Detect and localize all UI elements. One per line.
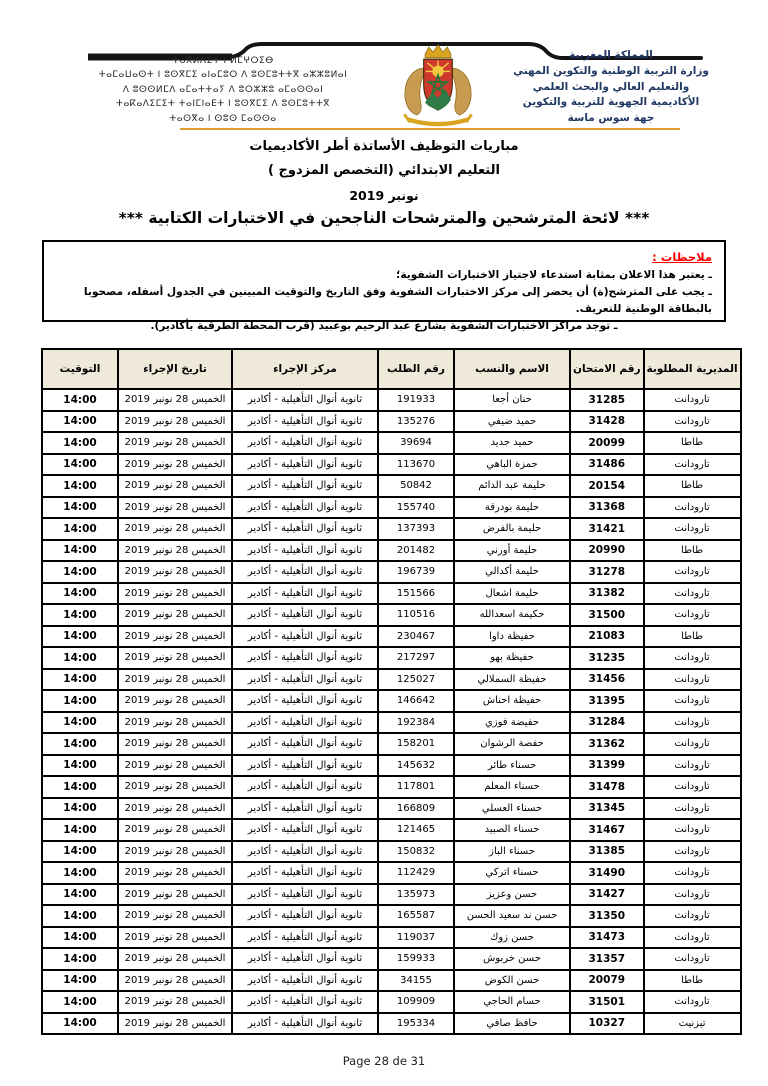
cell-full-name: حكيمة اسعدالله bbox=[454, 604, 570, 626]
cell-application-number: 135973 bbox=[378, 884, 454, 906]
cell-exam-center: ثانوية أنوال التأهيلية - أكادير bbox=[232, 884, 378, 906]
ministry-line: الأكاديمية الجهوية للتربية والتكوين bbox=[488, 95, 734, 111]
results-table-container: المديرية المطلوبة رقم الامتحان الاسم وال… bbox=[41, 348, 742, 1035]
note-item: ـ يعتبر هذا الاعلان بمثابة استدعاء لاجتي… bbox=[56, 267, 712, 284]
cell-requested-directorate: تارودانت bbox=[644, 862, 741, 884]
cell-exam-center: ثانوية أنوال التأهيلية - أكادير bbox=[232, 841, 378, 863]
cell-full-name: حليمة اشعال bbox=[454, 583, 570, 605]
letterhead: ⵜⴰⴳⵍⴷⵉⵜ ⵏ ⵍⵎⵖⵔⵉⴱ ⵜⴰⵎⴰⵡⴰⵙⵜ ⵏ ⵓⵙⴳⵎⵉ ⴰⵏⴰⵎⵓⵔ… bbox=[58, 46, 734, 135]
cell-requested-directorate: تارودانت bbox=[644, 712, 741, 734]
cell-exam-time: 14:00 bbox=[42, 626, 118, 648]
table-row: تارودانت31382حليمة اشعال151566ثانوية أنو… bbox=[42, 583, 741, 605]
list-title: *** لائحة المترشحين والمترشحات الناجحين … bbox=[0, 209, 768, 227]
cell-exam-time: 14:00 bbox=[42, 905, 118, 927]
cell-full-name: حفيظة داوا bbox=[454, 626, 570, 648]
cell-full-name: حسناء اتركي bbox=[454, 862, 570, 884]
cell-full-name: حفيظة السملالي bbox=[454, 669, 570, 691]
cell-full-name: حسن خربوش bbox=[454, 948, 570, 970]
cell-application-number: 39694 bbox=[378, 432, 454, 454]
table-row: تارودانت31395حفيظة احناش146642ثانوية أنو… bbox=[42, 690, 741, 712]
cell-application-number: 145632 bbox=[378, 755, 454, 777]
cell-exam-center: ثانوية أنوال التأهيلية - أكادير bbox=[232, 454, 378, 476]
cell-exam-time: 14:00 bbox=[42, 497, 118, 519]
cell-requested-directorate: طاطا bbox=[644, 540, 741, 562]
cell-exam-number: 31395 bbox=[570, 690, 644, 712]
ministry-line: والتعليم العالي والبحث العلمي bbox=[488, 80, 734, 96]
table-row: تارودانت31350حسن ند سعيد الحسن165587ثانو… bbox=[42, 905, 741, 927]
cell-exam-time: 14:00 bbox=[42, 518, 118, 540]
cell-exam-center: ثانوية أنوال التأهيلية - أكادير bbox=[232, 497, 378, 519]
tifinagh-line: ⵜⴰⴽⴰⴷⵉⵎⵉⵜ ⵜⴰⵏⵎⵏⴰⴹⵜ ⵏ ⵓⵙⴳⵎⵉ ⴷ ⵓⵙⵎⵓⵜⵜⴳ bbox=[58, 97, 388, 111]
cell-requested-directorate: تارودانت bbox=[644, 561, 741, 583]
cell-exam-date: الخميس 28 نونبر 2019 bbox=[118, 454, 232, 476]
column-header-exam-center: مركز الإجراء bbox=[232, 349, 378, 389]
cell-requested-directorate: طاطا bbox=[644, 475, 741, 497]
cell-exam-date: الخميس 28 نونبر 2019 bbox=[118, 389, 232, 411]
table-row: تارودانت31478حسناء المعلم117801ثانوية أن… bbox=[42, 776, 741, 798]
table-row: تارودانت31501حسام الحاجي109909ثانوية أنو… bbox=[42, 991, 741, 1013]
cell-exam-center: ثانوية أنوال التأهيلية - أكادير bbox=[232, 733, 378, 755]
column-header-requested-directorate: المديرية المطلوبة bbox=[644, 349, 741, 389]
cell-requested-directorate: تارودانت bbox=[644, 604, 741, 626]
cell-exam-date: الخميس 28 نونبر 2019 bbox=[118, 411, 232, 433]
cell-exam-time: 14:00 bbox=[42, 927, 118, 949]
cell-exam-center: ثانوية أنوال التأهيلية - أكادير bbox=[232, 583, 378, 605]
cell-exam-time: 14:00 bbox=[42, 948, 118, 970]
cell-application-number: 110516 bbox=[378, 604, 454, 626]
table-row: تارودانت31278حليمة أكدالي196739ثانوية أن… bbox=[42, 561, 741, 583]
cell-exam-time: 14:00 bbox=[42, 432, 118, 454]
table-row: طاطا20099حميد جديد39694ثانوية أنوال التأ… bbox=[42, 432, 741, 454]
cell-exam-center: ثانوية أنوال التأهيلية - أكادير bbox=[232, 970, 378, 992]
cell-application-number: 150832 bbox=[378, 841, 454, 863]
cell-exam-date: الخميس 28 نونبر 2019 bbox=[118, 733, 232, 755]
cell-application-number: 158201 bbox=[378, 733, 454, 755]
cell-exam-number: 31399 bbox=[570, 755, 644, 777]
cell-requested-directorate: تارودانت bbox=[644, 497, 741, 519]
title-block: مباريات التوظيف الأساتذة أطر الأكاديميات… bbox=[0, 136, 768, 227]
cell-exam-time: 14:00 bbox=[42, 389, 118, 411]
cell-exam-number: 31278 bbox=[570, 561, 644, 583]
cell-requested-directorate: تارودانت bbox=[644, 905, 741, 927]
cell-application-number: 50842 bbox=[378, 475, 454, 497]
cell-exam-date: الخميس 28 نونبر 2019 bbox=[118, 905, 232, 927]
tifinagh-line: ⴷ ⵓⵙⵙⵍⵎⴷ ⴰⵎⴰⵜⵜⴰⵢ ⴷ ⵓⵔⵣⵣⵓ ⴰⵎⴰⵙⵙⴰⵏ bbox=[58, 83, 388, 97]
cell-exam-number: 31490 bbox=[570, 862, 644, 884]
cell-full-name: حسام الحاجي bbox=[454, 991, 570, 1013]
cell-exam-center: ثانوية أنوال التأهيلية - أكادير bbox=[232, 798, 378, 820]
cell-exam-time: 14:00 bbox=[42, 561, 118, 583]
cell-exam-time: 14:00 bbox=[42, 755, 118, 777]
cell-full-name: حمزة الباهي bbox=[454, 454, 570, 476]
tifinagh-text-block: ⵜⴰⴳⵍⴷⵉⵜ ⵏ ⵍⵎⵖⵔⵉⴱ ⵜⴰⵎⴰⵡⴰⵙⵜ ⵏ ⵓⵙⴳⵎⵉ ⴰⵏⴰⵎⵓⵔ… bbox=[58, 46, 388, 126]
cell-exam-time: 14:00 bbox=[42, 647, 118, 669]
cell-exam-center: ثانوية أنوال التأهيلية - أكادير bbox=[232, 411, 378, 433]
cell-requested-directorate: تارودانت bbox=[644, 733, 741, 755]
cell-exam-time: 14:00 bbox=[42, 604, 118, 626]
cell-exam-number: 31473 bbox=[570, 927, 644, 949]
cell-exam-number: 31427 bbox=[570, 884, 644, 906]
cell-application-number: 159933 bbox=[378, 948, 454, 970]
cell-exam-date: الخميس 28 نونبر 2019 bbox=[118, 862, 232, 884]
cell-exam-time: 14:00 bbox=[42, 970, 118, 992]
cell-requested-directorate: طاطا bbox=[644, 626, 741, 648]
table-row: طاطا21083حفيظة داوا230467ثانوية أنوال ال… bbox=[42, 626, 741, 648]
cell-requested-directorate: طاطا bbox=[644, 970, 741, 992]
table-header-row: المديرية المطلوبة رقم الامتحان الاسم وال… bbox=[42, 349, 741, 389]
cell-exam-date: الخميس 28 نونبر 2019 bbox=[118, 991, 232, 1013]
table-row: تارودانت31428حميد ضيفي135276ثانوية أنوال… bbox=[42, 411, 741, 433]
cell-exam-center: ثانوية أنوال التأهيلية - أكادير bbox=[232, 669, 378, 691]
cell-application-number: 137393 bbox=[378, 518, 454, 540]
cell-requested-directorate: تارودانت bbox=[644, 518, 741, 540]
cell-exam-date: الخميس 28 نونبر 2019 bbox=[118, 561, 232, 583]
table-row: تارودانت31385حسناء الباز150832ثانوية أنو… bbox=[42, 841, 741, 863]
cell-exam-number: 31500 bbox=[570, 604, 644, 626]
cell-exam-center: ثانوية أنوال التأهيلية - أكادير bbox=[232, 389, 378, 411]
column-header-exam-date: تاريخ الإجراء bbox=[118, 349, 232, 389]
cell-exam-center: ثانوية أنوال التأهيلية - أكادير bbox=[232, 712, 378, 734]
cell-exam-date: الخميس 28 نونبر 2019 bbox=[118, 884, 232, 906]
table-row: تارودانت31473حسن زوك119037ثانوية أنوال ا… bbox=[42, 927, 741, 949]
cycle-title: التعليم الابتدائي (التخصص المزدوج ) bbox=[0, 163, 768, 178]
cell-exam-center: ثانوية أنوال التأهيلية - أكادير bbox=[232, 819, 378, 841]
cell-exam-time: 14:00 bbox=[42, 454, 118, 476]
page-number: Page 28 de 31 bbox=[0, 1054, 768, 1068]
cell-requested-directorate: تارودانت bbox=[644, 669, 741, 691]
cell-full-name: حليمة أورني bbox=[454, 540, 570, 562]
cell-exam-center: ثانوية أنوال التأهيلية - أكادير bbox=[232, 604, 378, 626]
cell-exam-center: ثانوية أنوال التأهيلية - أكادير bbox=[232, 518, 378, 540]
cell-exam-center: ثانوية أنوال التأهيلية - أكادير bbox=[232, 776, 378, 798]
table-row: تارودانت31486حمزة الباهي113670ثانوية أنو… bbox=[42, 454, 741, 476]
cell-exam-date: الخميس 28 نونبر 2019 bbox=[118, 626, 232, 648]
cell-requested-directorate: تارودانت bbox=[644, 389, 741, 411]
cell-exam-number: 21083 bbox=[570, 626, 644, 648]
cell-exam-number: 31350 bbox=[570, 905, 644, 927]
cell-application-number: 112429 bbox=[378, 862, 454, 884]
cell-exam-time: 14:00 bbox=[42, 583, 118, 605]
cell-exam-number: 31357 bbox=[570, 948, 644, 970]
cell-exam-number: 31478 bbox=[570, 776, 644, 798]
cell-exam-date: الخميس 28 نونبر 2019 bbox=[118, 475, 232, 497]
cell-exam-time: 14:00 bbox=[42, 712, 118, 734]
table-row: تارودانت31345حسناء العسلي166809ثانوية أن… bbox=[42, 798, 741, 820]
cell-exam-center: ثانوية أنوال التأهيلية - أكادير bbox=[232, 690, 378, 712]
notes-title: ملاحظات : bbox=[56, 250, 712, 264]
table-row: تارودانت31357حسن خربوش159933ثانوية أنوال… bbox=[42, 948, 741, 970]
competition-title: مباريات التوظيف الأساتذة أطر الأكاديميات bbox=[0, 139, 768, 154]
cell-exam-date: الخميس 28 نونبر 2019 bbox=[118, 755, 232, 777]
cell-application-number: 196739 bbox=[378, 561, 454, 583]
cell-exam-time: 14:00 bbox=[42, 669, 118, 691]
cell-full-name: حفصة الرشوان bbox=[454, 733, 570, 755]
cell-exam-time: 14:00 bbox=[42, 841, 118, 863]
cell-application-number: 230467 bbox=[378, 626, 454, 648]
cell-exam-date: الخميس 28 نونبر 2019 bbox=[118, 819, 232, 841]
cell-exam-number: 31345 bbox=[570, 798, 644, 820]
cell-full-name: حسناء طائر bbox=[454, 755, 570, 777]
cell-requested-directorate: تارودانت bbox=[644, 927, 741, 949]
cell-exam-date: الخميس 28 نونبر 2019 bbox=[118, 497, 232, 519]
cell-exam-center: ثانوية أنوال التأهيلية - أكادير bbox=[232, 626, 378, 648]
results-table: المديرية المطلوبة رقم الامتحان الاسم وال… bbox=[41, 348, 742, 1035]
cell-exam-number: 31368 bbox=[570, 497, 644, 519]
cell-exam-number: 31486 bbox=[570, 454, 644, 476]
session-date: نونبر 2019 bbox=[0, 188, 768, 203]
cell-exam-number: 20990 bbox=[570, 540, 644, 562]
cell-requested-directorate: تارودانت bbox=[644, 583, 741, 605]
cell-application-number: 113670 bbox=[378, 454, 454, 476]
cell-exam-number: 10327 bbox=[570, 1013, 644, 1035]
results-table-body: تارودانت31285حنان أجعا191933ثانوية أنوال… bbox=[42, 389, 741, 1034]
cell-exam-center: ثانوية أنوال التأهيلية - أكادير bbox=[232, 755, 378, 777]
cell-exam-center: ثانوية أنوال التأهيلية - أكادير bbox=[232, 1013, 378, 1035]
cell-full-name: حميد جديد bbox=[454, 432, 570, 454]
cell-requested-directorate: طاطا bbox=[644, 432, 741, 454]
note-item: ـ يجب على المترشح(ة) أن يحضر إلى مركز ال… bbox=[56, 284, 712, 318]
cell-exam-time: 14:00 bbox=[42, 1013, 118, 1035]
table-row: تارودانت31490حسناء اتركي112429ثانوية أنو… bbox=[42, 862, 741, 884]
cell-requested-directorate: تارودانت bbox=[644, 948, 741, 970]
cell-full-name: حليمة عبد الدائم bbox=[454, 475, 570, 497]
cell-exam-center: ثانوية أنوال التأهيلية - أكادير bbox=[232, 647, 378, 669]
table-row: طاطا20990حليمة أورني201482ثانوية أنوال ا… bbox=[42, 540, 741, 562]
cell-requested-directorate: تيزنيت bbox=[644, 1013, 741, 1035]
ministry-line: وزارة التربية الوطنية والتكوين المهني bbox=[488, 64, 734, 80]
table-row: تارودانت31284حفيضة فوزي192384ثانوية أنوا… bbox=[42, 712, 741, 734]
cell-full-name: حافظ صافي bbox=[454, 1013, 570, 1035]
cell-exam-date: الخميس 28 نونبر 2019 bbox=[118, 841, 232, 863]
cell-exam-date: الخميس 28 نونبر 2019 bbox=[118, 798, 232, 820]
cell-exam-number: 31428 bbox=[570, 411, 644, 433]
table-row: تارودانت31362حفصة الرشوان158201ثانوية أن… bbox=[42, 733, 741, 755]
cell-requested-directorate: تارودانت bbox=[644, 991, 741, 1013]
tifinagh-line: ⵜⴰⵙⴳⴰ ⵏ ⵙⵓⵙ ⵎⴰⵙⵙⴰ bbox=[58, 112, 388, 126]
cell-application-number: 121465 bbox=[378, 819, 454, 841]
table-row: تارودانت31235حفيظة بهو217297ثانوية أنوال… bbox=[42, 647, 741, 669]
cell-application-number: 146642 bbox=[378, 690, 454, 712]
cell-exam-date: الخميس 28 نونبر 2019 bbox=[118, 776, 232, 798]
cell-exam-date: الخميس 28 نونبر 2019 bbox=[118, 518, 232, 540]
cell-requested-directorate: تارودانت bbox=[644, 884, 741, 906]
cell-application-number: 192384 bbox=[378, 712, 454, 734]
cell-exam-date: الخميس 28 نونبر 2019 bbox=[118, 927, 232, 949]
cell-exam-time: 14:00 bbox=[42, 540, 118, 562]
column-header-exam-number: رقم الامتحان bbox=[570, 349, 644, 389]
table-row: تارودانت31456حفيظة السملالي125027ثانوية … bbox=[42, 669, 741, 691]
cell-exam-number: 31285 bbox=[570, 389, 644, 411]
coat-of-arms-logo bbox=[395, 42, 481, 135]
cell-exam-date: الخميس 28 نونبر 2019 bbox=[118, 669, 232, 691]
cell-exam-center: ثانوية أنوال التأهيلية - أكادير bbox=[232, 905, 378, 927]
cell-exam-number: 31467 bbox=[570, 819, 644, 841]
tifinagh-line: ⵜⴰⴳⵍⴷⵉⵜ ⵏ ⵍⵎⵖⵔⵉⴱ bbox=[58, 54, 388, 68]
column-header-application-number: رقم الطلب bbox=[378, 349, 454, 389]
cell-exam-date: الخميس 28 نونبر 2019 bbox=[118, 604, 232, 626]
cell-exam-number: 20079 bbox=[570, 970, 644, 992]
cell-exam-center: ثانوية أنوال التأهيلية - أكادير bbox=[232, 991, 378, 1013]
table-row: تارودانت31399حسناء طائر145632ثانوية أنوا… bbox=[42, 755, 741, 777]
cell-exam-number: 31235 bbox=[570, 647, 644, 669]
cell-full-name: حفيظة بهو bbox=[454, 647, 570, 669]
cell-exam-date: الخميس 28 نونبر 2019 bbox=[118, 583, 232, 605]
cell-exam-time: 14:00 bbox=[42, 991, 118, 1013]
cell-exam-time: 14:00 bbox=[42, 798, 118, 820]
cell-exam-number: 31362 bbox=[570, 733, 644, 755]
cell-full-name: حنان أجعا bbox=[454, 389, 570, 411]
cell-exam-number: 31456 bbox=[570, 669, 644, 691]
cell-application-number: 191933 bbox=[378, 389, 454, 411]
cell-exam-date: الخميس 28 نونبر 2019 bbox=[118, 690, 232, 712]
ministry-line: جهة سوس ماسة bbox=[488, 111, 734, 127]
cell-requested-directorate: تارودانت bbox=[644, 798, 741, 820]
cell-exam-number: 20099 bbox=[570, 432, 644, 454]
cell-exam-number: 31382 bbox=[570, 583, 644, 605]
note-item: ـ توجد مراكز الاختبارات الشفوية بشارع عب… bbox=[56, 318, 712, 335]
cell-requested-directorate: تارودانت bbox=[644, 454, 741, 476]
cell-exam-center: ثانوية أنوال التأهيلية - أكادير bbox=[232, 927, 378, 949]
cell-full-name: حسناء الصبيد bbox=[454, 819, 570, 841]
cell-exam-date: الخميس 28 نونبر 2019 bbox=[118, 540, 232, 562]
cell-full-name: حسناء المعلم bbox=[454, 776, 570, 798]
ministry-text-block: المملكة المغربية وزارة التربية الوطنية و… bbox=[488, 46, 734, 127]
cell-application-number: 135276 bbox=[378, 411, 454, 433]
cell-application-number: 119037 bbox=[378, 927, 454, 949]
cell-exam-time: 14:00 bbox=[42, 475, 118, 497]
document-page: ⵜⴰⴳⵍⴷⵉⵜ ⵏ ⵍⵎⵖⵔⵉⴱ ⵜⴰⵎⴰⵡⴰⵙⵜ ⵏ ⵓⵙⴳⵎⵉ ⴰⵏⴰⵎⵓⵔ… bbox=[0, 0, 768, 1086]
table-row: تارودانت31427حسن وعزيز135973ثانوية أنوال… bbox=[42, 884, 741, 906]
column-header-exam-time: التوقيت bbox=[42, 349, 118, 389]
table-row: تارودانت31368حليمة بودرقة155740ثانوية أن… bbox=[42, 497, 741, 519]
cell-full-name: حسناء العسلي bbox=[454, 798, 570, 820]
cell-exam-number: 31284 bbox=[570, 712, 644, 734]
cell-exam-time: 14:00 bbox=[42, 733, 118, 755]
cell-requested-directorate: تارودانت bbox=[644, 411, 741, 433]
table-row: تارودانت31500حكيمة اسعدالله110516ثانوية … bbox=[42, 604, 741, 626]
cell-full-name: حفيضة فوزي bbox=[454, 712, 570, 734]
table-row: طاطا20154حليمة عبد الدائم50842ثانوية أنو… bbox=[42, 475, 741, 497]
ministry-line: المملكة المغربية bbox=[488, 48, 734, 64]
cell-full-name: حسن ند سعيد الحسن bbox=[454, 905, 570, 927]
cell-full-name: حليمة بالفرض bbox=[454, 518, 570, 540]
cell-requested-directorate: تارودانت bbox=[644, 690, 741, 712]
cell-exam-number: 31385 bbox=[570, 841, 644, 863]
table-row: تيزنيت10327حافظ صافي195334ثانوية أنوال ا… bbox=[42, 1013, 741, 1035]
cell-full-name: حسن زوك bbox=[454, 927, 570, 949]
cell-exam-date: الخميس 28 نونبر 2019 bbox=[118, 432, 232, 454]
cell-full-name: حسناء الباز bbox=[454, 841, 570, 863]
cell-application-number: 165587 bbox=[378, 905, 454, 927]
cell-exam-date: الخميس 28 نونبر 2019 bbox=[118, 948, 232, 970]
cell-requested-directorate: تارودانت bbox=[644, 755, 741, 777]
cell-exam-time: 14:00 bbox=[42, 884, 118, 906]
cell-exam-date: الخميس 28 نونبر 2019 bbox=[118, 712, 232, 734]
table-row: تارودانت31285حنان أجعا191933ثانوية أنوال… bbox=[42, 389, 741, 411]
notes-box: ملاحظات : ـ يعتبر هذا الاعلان بمثابة است… bbox=[42, 240, 726, 322]
cell-application-number: 217297 bbox=[378, 647, 454, 669]
cell-application-number: 195334 bbox=[378, 1013, 454, 1035]
cell-exam-number: 31501 bbox=[570, 991, 644, 1013]
cell-exam-time: 14:00 bbox=[42, 690, 118, 712]
cell-exam-time: 14:00 bbox=[42, 819, 118, 841]
cell-application-number: 166809 bbox=[378, 798, 454, 820]
cell-exam-date: الخميس 28 نونبر 2019 bbox=[118, 970, 232, 992]
column-header-full-name: الاسم والنسب bbox=[454, 349, 570, 389]
table-row: تارودانت31467حسناء الصبيد121465ثانوية أن… bbox=[42, 819, 741, 841]
cell-requested-directorate: تارودانت bbox=[644, 776, 741, 798]
cell-exam-center: ثانوية أنوال التأهيلية - أكادير bbox=[232, 948, 378, 970]
cell-exam-center: ثانوية أنوال التأهيلية - أكادير bbox=[232, 862, 378, 884]
cell-application-number: 34155 bbox=[378, 970, 454, 992]
cell-exam-number: 20154 bbox=[570, 475, 644, 497]
cell-exam-time: 14:00 bbox=[42, 776, 118, 798]
cell-exam-date: الخميس 28 نونبر 2019 bbox=[118, 647, 232, 669]
cell-requested-directorate: تارودانت bbox=[644, 647, 741, 669]
cell-application-number: 117801 bbox=[378, 776, 454, 798]
tifinagh-line: ⵜⴰⵎⴰⵡⴰⵙⵜ ⵏ ⵓⵙⴳⵎⵉ ⴰⵏⴰⵎⵓⵔ ⴷ ⵓⵙⵎⵓⵜⵜⴳ ⴰⵣⵣⵓⵍⴰ… bbox=[58, 68, 388, 82]
cell-full-name: حسن وعزيز bbox=[454, 884, 570, 906]
cell-application-number: 125027 bbox=[378, 669, 454, 691]
cell-application-number: 151566 bbox=[378, 583, 454, 605]
cell-application-number: 201482 bbox=[378, 540, 454, 562]
table-row: طاطا20079حسن الكوض34155ثانوية أنوال التأ… bbox=[42, 970, 741, 992]
table-row: تارودانت31421حليمة بالفرض137393ثانوية أن… bbox=[42, 518, 741, 540]
cell-exam-center: ثانوية أنوال التأهيلية - أكادير bbox=[232, 561, 378, 583]
cell-full-name: حليمة أكدالي bbox=[454, 561, 570, 583]
cell-full-name: حليمة بودرقة bbox=[454, 497, 570, 519]
cell-full-name: حسن الكوض bbox=[454, 970, 570, 992]
cell-full-name: حفيظة احناش bbox=[454, 690, 570, 712]
cell-exam-center: ثانوية أنوال التأهيلية - أكادير bbox=[232, 475, 378, 497]
cell-requested-directorate: تارودانت bbox=[644, 819, 741, 841]
cell-exam-date: الخميس 28 نونبر 2019 bbox=[118, 1013, 232, 1035]
cell-exam-number: 31421 bbox=[570, 518, 644, 540]
cell-exam-time: 14:00 bbox=[42, 862, 118, 884]
cell-exam-time: 14:00 bbox=[42, 411, 118, 433]
cell-exam-center: ثانوية أنوال التأهيلية - أكادير bbox=[232, 540, 378, 562]
cell-full-name: حميد ضيفي bbox=[454, 411, 570, 433]
cell-application-number: 109909 bbox=[378, 991, 454, 1013]
cell-requested-directorate: تارودانت bbox=[644, 841, 741, 863]
cell-application-number: 155740 bbox=[378, 497, 454, 519]
cell-exam-center: ثانوية أنوال التأهيلية - أكادير bbox=[232, 432, 378, 454]
